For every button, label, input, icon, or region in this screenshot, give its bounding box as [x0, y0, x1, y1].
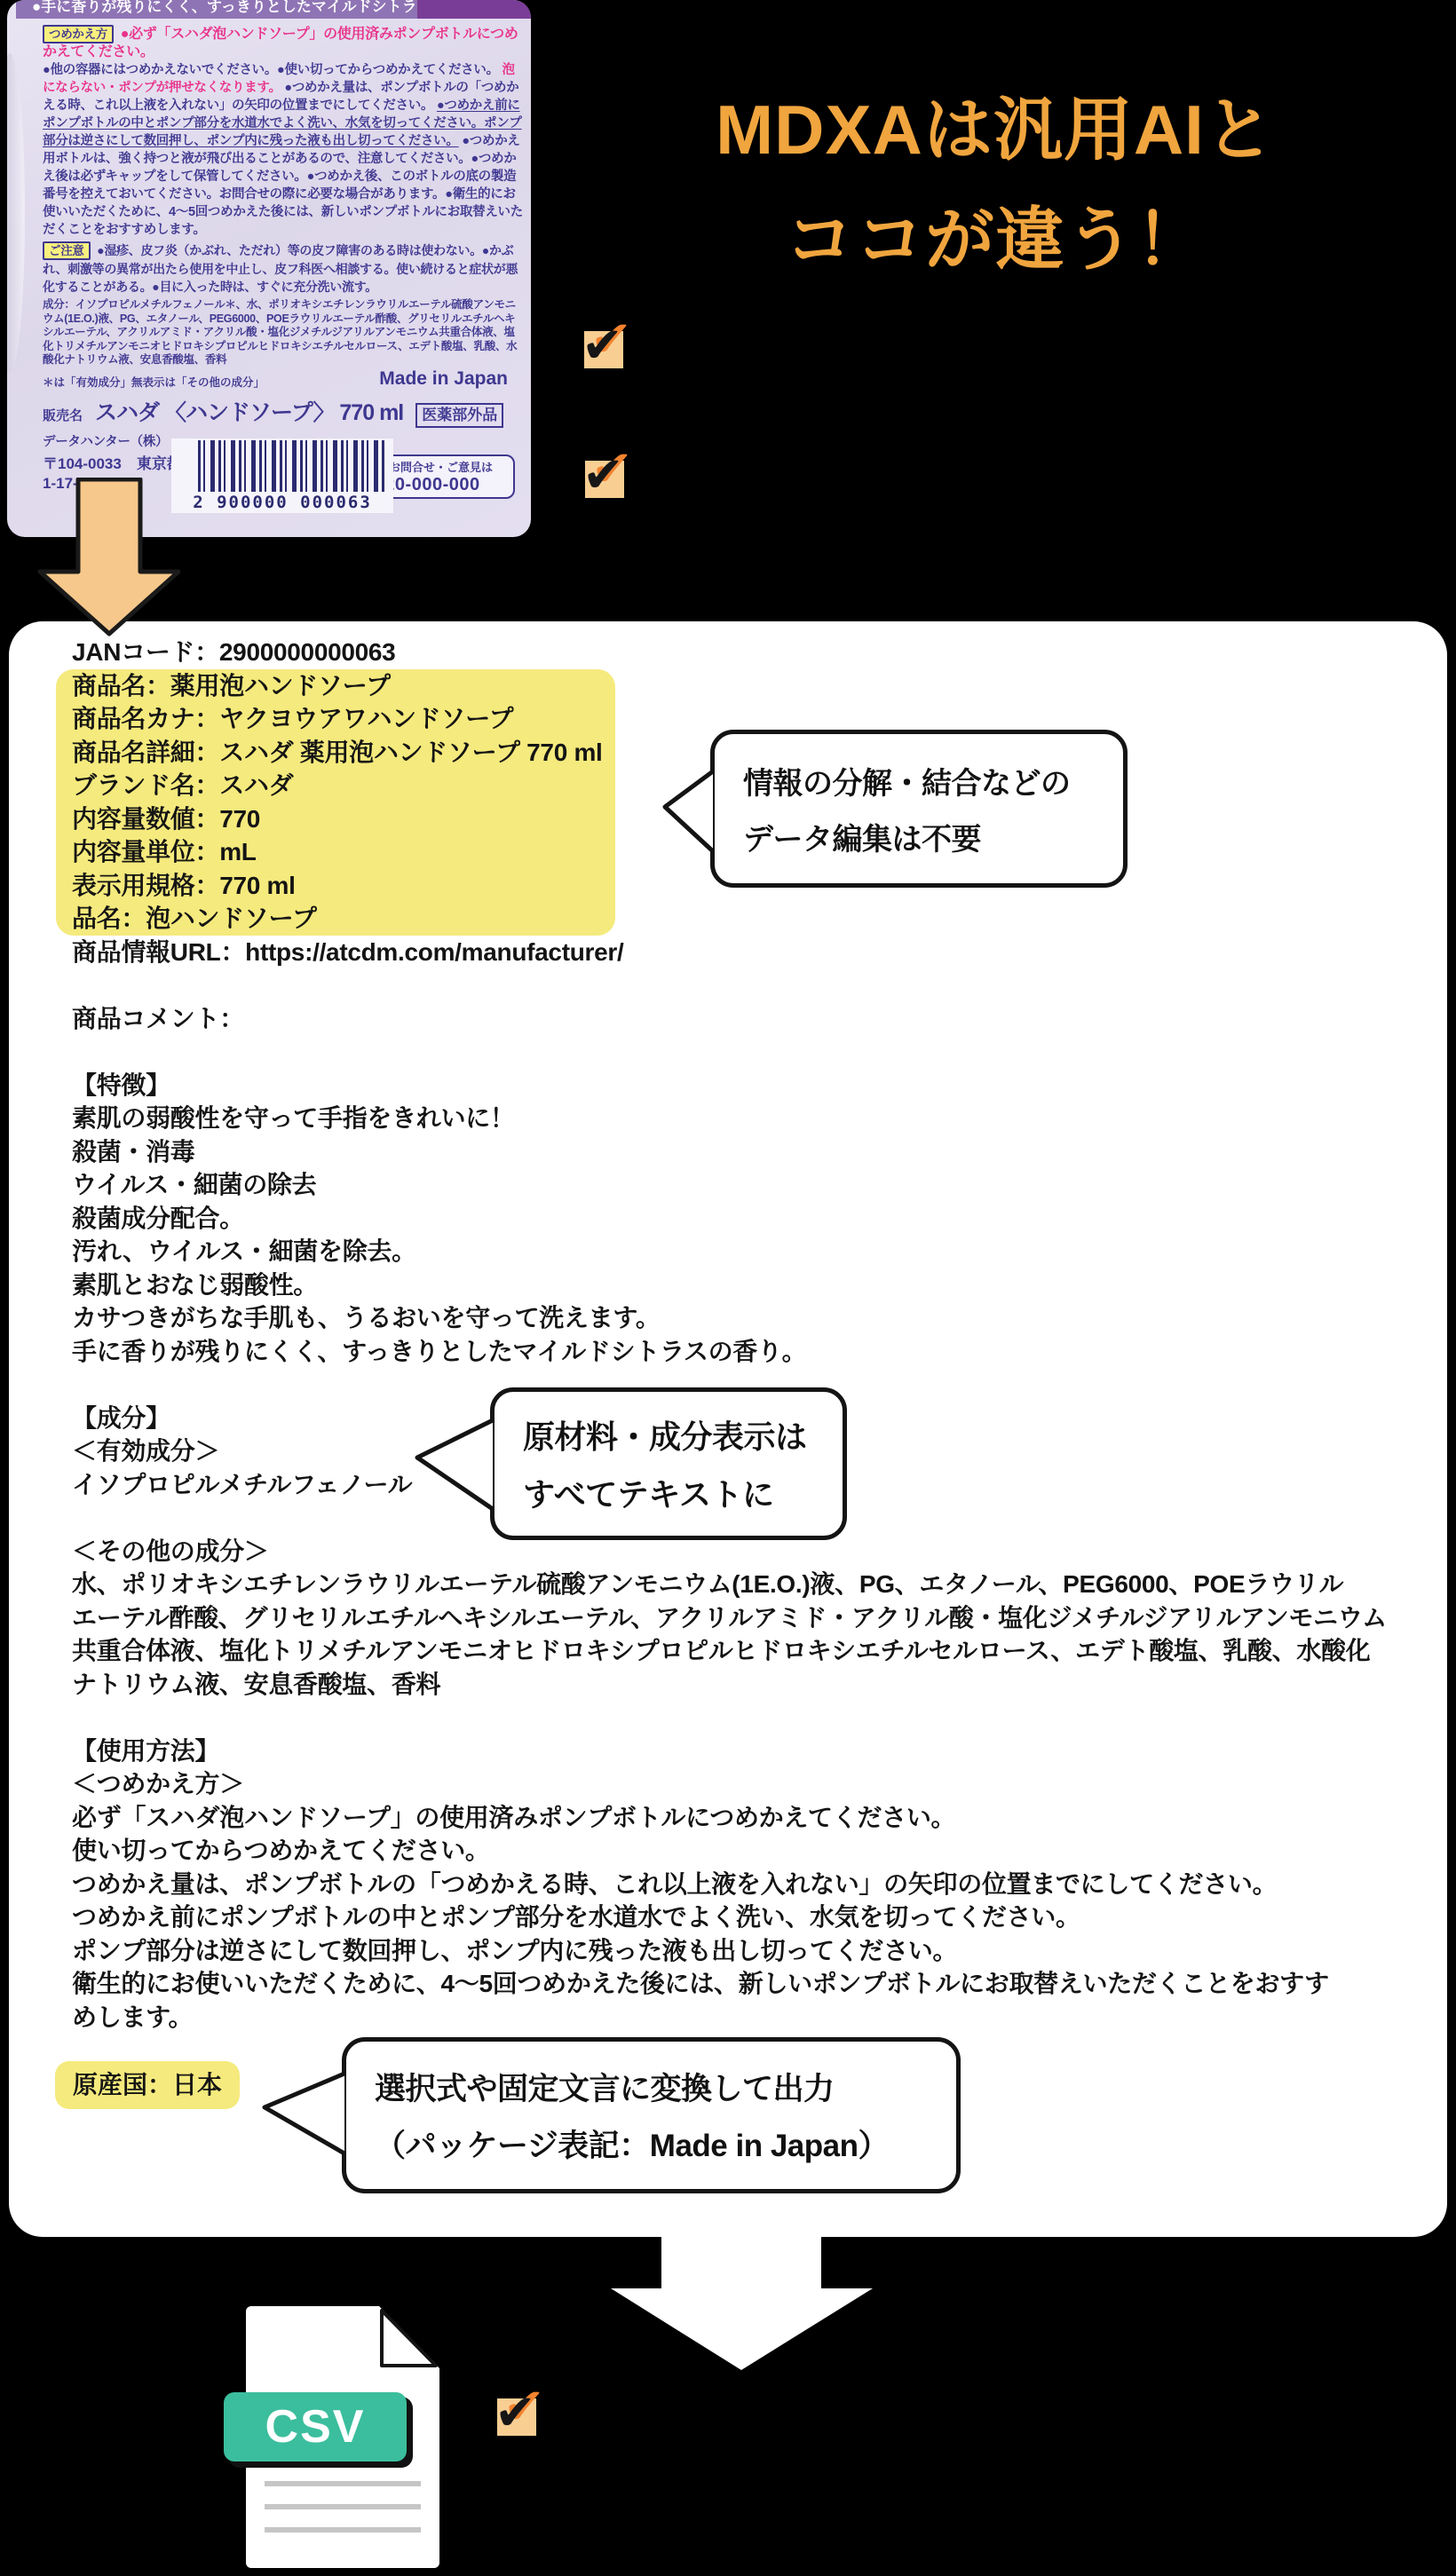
package-edge-curl: [7, 53, 25, 373]
down-arrow-tan-icon: [34, 478, 185, 642]
text-line: 使い切ってからつめかえてください。: [56, 1834, 1423, 1868]
text-line: めします。: [56, 2001, 1423, 2035]
barcode-bars: [198, 440, 386, 492]
field-line: 商品名詳細：スハダ 薬用泡ハンドソープ 770 ml: [56, 736, 615, 770]
text-line: [56, 1701, 1423, 1734]
package-ingredients: 成分：イソプロピルメチルフェノール＊、水、ポリオキシエチレンラウリルエーテル硫酸…: [43, 298, 524, 367]
text-line: 殺菌・消毒: [56, 1135, 1423, 1169]
headline-line1: MDXAは汎用AIと: [621, 75, 1369, 185]
refill-body-a: ●他の容器にはつめかえないでください。●使い切ってからつめかえてください。: [43, 63, 499, 77]
text-line: 素肌とおなじ弱酸性。: [56, 1268, 1423, 1302]
package-refill-body: ●他の容器にはつめかえないでください。●使い切ってからつめかえてください。 泡に…: [43, 61, 524, 239]
text-line: 【使用方法】: [56, 1734, 1423, 1768]
text-line: 水、ポリオキシエチレンラウリルエーテル硫酸アンモニウム(1E.O.)液、PG、エ…: [56, 1568, 1423, 1601]
callout-line: データ編集は不要: [743, 815, 1095, 858]
callout-line: 選択式や固定文言に変換して出力: [375, 2065, 928, 2109]
field-line: 品名：泡ハンドソープ: [56, 902, 615, 936]
csv-badge-label: CSV: [265, 2400, 366, 2454]
text-line: 殺菌成分配合。: [56, 1202, 1423, 1236]
text-line: エーテル酢酸、グリセリルエチルヘキシルエーテル、アクリルアミド・アクリル酸・塩化…: [56, 1601, 1423, 1635]
package-note-row: ＊は「有効成分」無表示は「その他の成分」 Made in Japan: [43, 368, 524, 390]
text-line: 衛生的にお使いいただくために、4～5回つめかえた後には、新しいポンプボトルにお取…: [56, 1967, 1423, 2001]
check-black-glyph: ✔: [582, 320, 623, 370]
check-icon: ✔ ✔: [585, 461, 624, 498]
text-line: [56, 968, 1423, 1002]
callout-tail: [260, 2070, 349, 2159]
highlighted-fields-block: 商品名：薬用泡ハンドソープ 商品名カナ：ヤクヨウアワハンドソープ 商品名詳細：ス…: [56, 669, 615, 936]
csv-folded-corner: [379, 2306, 441, 2370]
package-refill-heading: つめかえ方 ●必ず「スハダ泡ハンドソープ」の使用済みポンプボトルにつめかえてくだ…: [43, 25, 524, 61]
jan-code-line: JANコード：2900000000063: [56, 636, 1423, 669]
barcode: 2 900000 000063: [171, 439, 393, 513]
check-black-glyph: ✔: [582, 450, 624, 500]
callout-line: 情報の分解・結合などの: [743, 759, 1095, 802]
text-line: つめかえ量は、ポンプボトルの「つめかえる時、これ以上液を入れない」の矢印の位置ま…: [56, 1868, 1423, 1901]
field-line: ブランド名：スハダ: [56, 769, 615, 802]
callout-no-data-editing: 情報の分解・結合などの データ編集は不要: [710, 730, 1128, 888]
down-arrow-white-icon: [611, 2237, 873, 2370]
field-line: 表示用規格：770 ml: [56, 869, 615, 903]
caution-tag: ご注意: [43, 241, 91, 260]
field-line: 商品名カナ：ヤクヨウアワハンドソープ: [56, 702, 615, 736]
refill-body-c: ●つめかえ用ボトルは、強く持つと液が飛び出ることがあるので、注意してください。●…: [43, 134, 523, 237]
product-package-photo: ●手に香りが残りにくく、すっきりとしたマイルドシトラスの香り。 つめかえ方 ●必…: [7, 0, 531, 537]
check-icon: ✔ ✔: [497, 2398, 536, 2436]
callout-line: すべてテキストに: [523, 1470, 814, 1515]
text-line: つめかえ前にポンプボトルの中とポンプ部分を水道水でよく洗い、水気を切ってください…: [56, 1900, 1423, 1934]
text-line: 商品コメント：: [56, 1002, 1423, 1036]
callout-tail: [413, 1417, 498, 1514]
package-caution: ご注意 ●湿疹、皮フ炎（かぶれ、ただれ）等の皮フ障害のある時は使わない。●かぶれ…: [43, 241, 524, 296]
text-line: [56, 1035, 1423, 1069]
headline-line2: ココが違う！: [621, 185, 1369, 295]
refill-lead: ●必ず「スハダ泡ハンドソープ」の使用済みポンプボトルにつめかえてください。: [43, 27, 518, 59]
text-line: ＜つめかえ方＞: [56, 1767, 1423, 1801]
csv-text-line: [265, 2481, 421, 2486]
caution-text: ●湿疹、皮フ炎（かぶれ、ただれ）等の皮フ障害のある時は使わない。●かぶれ、刺激等…: [43, 243, 518, 294]
barcode-digits: 2 900000 000063: [175, 492, 390, 513]
csv-text-line: [265, 2527, 421, 2533]
made-in-japan: Made in Japan: [379, 368, 524, 390]
callout-fixed-wording: 選択式や固定文言に変換して出力 （パッケージ表記：Made in Japan）: [342, 2037, 961, 2193]
seller-label: 販売名: [43, 406, 83, 424]
headline: MDXAは汎用AIと ココが違う！: [621, 75, 1369, 295]
text-line: 【特徴】: [56, 1069, 1423, 1102]
asterisk-note: ＊は「有効成分」無表示は「その他の成分」: [43, 374, 265, 390]
text-line: 商品情報URL：https://atcdm.com/manufacturer/: [56, 936, 1423, 969]
origin-country-highlight: 原産国：日本: [55, 2061, 240, 2109]
package-banner-dark-block: [417, 0, 531, 19]
seller-name: スハダ 〈ハンドソープ〉 770 ml: [95, 395, 403, 427]
text-line: 共重合体液、塩化トリメチルアンモニオヒドロキシプロピルヒドロキシエチルセルロース…: [56, 1634, 1423, 1668]
text-line: ナトリウム液、安息香酸塩、香料: [56, 1668, 1423, 1702]
csv-text-line: [265, 2504, 421, 2509]
field-line: 内容量単位：mL: [56, 835, 615, 869]
field-line: 内容量数値：770: [56, 802, 615, 836]
callout-all-text: 原材料・成分表示は すべてテキストに: [490, 1387, 847, 1540]
text-line: 手に香りが残りにくく、すっきりとしたマイルドシトラスの香り。: [56, 1335, 1423, 1369]
check-black-glyph: ✔: [495, 2388, 536, 2438]
csv-badge: CSV: [224, 2392, 407, 2461]
text-line: 必ず「スハダ泡ハンドソープ」の使用済みポンプボトルにつめかえてください。: [56, 1801, 1423, 1835]
text-line: カサつきがちな手肌も、うるおいを守って洗えます。: [56, 1301, 1423, 1335]
refill-tag: つめかえ方: [43, 25, 114, 43]
callout-tail: [661, 768, 718, 857]
package-label-text: つめかえ方 ●必ず「スハダ泡ハンドソープ」の使用済みポンプボトルにつめかえてくだ…: [43, 25, 524, 499]
seller-row: 販売名 スハダ 〈ハンドソープ〉 770 ml 医薬部外品: [43, 395, 524, 428]
text-line: ウイルス・細菌の除去: [56, 1168, 1423, 1202]
field-line: 商品名：薬用泡ハンドソープ: [56, 669, 615, 703]
text-line: 素肌の弱酸性を守って手指をきれいに！: [56, 1102, 1423, 1135]
quasi-drug-badge: 医薬部外品: [415, 403, 503, 428]
callout-line: 原材料・成分表示は: [523, 1412, 814, 1458]
callout-line: （パッケージ表記：Made in Japan）: [375, 2122, 928, 2166]
text-line: 汚れ、ウイルス・細菌を除去。: [56, 1235, 1423, 1268]
check-icon: ✔ ✔: [584, 331, 623, 368]
text-line: ポンプ部分は逆さにして数回押し、ポンプ内に残った液も出し切ってください。: [56, 1934, 1423, 1968]
